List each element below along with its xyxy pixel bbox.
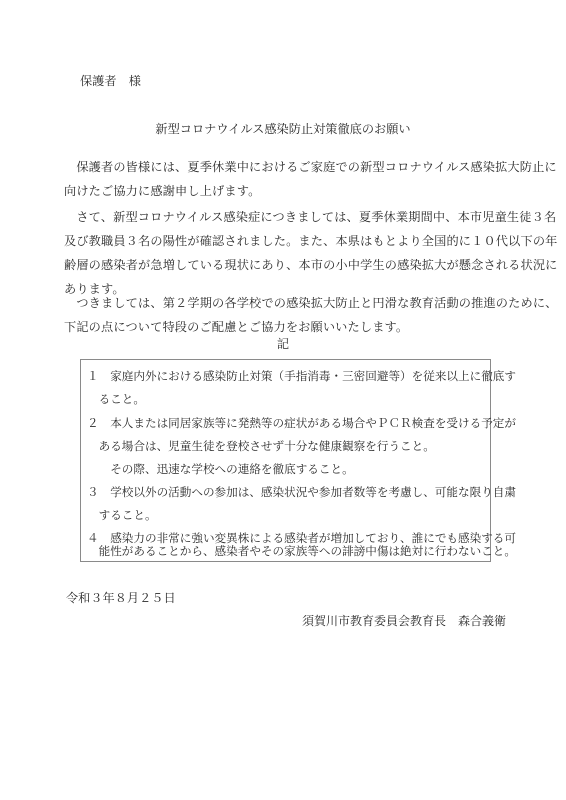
paragraph-2-line-1: さて、新型コロナウイルス感染症につきましては、夏季休業期間中、本市児童生徒３名 [64, 208, 556, 225]
requests-box: １ 家庭内外における感染防止対策（手指消毒・三密回避等）を従来以上に徹底す るこ… [80, 359, 491, 562]
paragraph-3-line-1: つきましては、第２学期の各学校での感染拡大防止と円滑な教育活動の推進のために、 [64, 294, 558, 311]
paragraph-2-line-2: 及び教職員３名の陽性が確認されました。また、本県はもとより全国的に１０代以下の年 [64, 232, 558, 249]
request-2-line-2: ある場合は、児童生徒を登校させず十分な健康観察を行うこと。 [87, 438, 435, 454]
paragraph-2-line-3: 齢層の感染者が急増している現状にあり、本市の小中学生の感染拡大が懸念される状況に [64, 256, 558, 273]
request-1-line-1: １ 家庭内外における感染防止対策（手指消毒・三密回避等）を従来以上に徹底す [87, 368, 516, 384]
signature: 須賀川市教育委員会教育長 森合義衛 [302, 612, 506, 629]
document-title: 新型コロナウイルス感染防止対策徹底のお願い [0, 120, 566, 137]
paragraph-1-line-1: 保護者の皆様には、夏季休業中におけるご家庭での新型コロナウイルス感染拡大防止に [64, 158, 557, 175]
request-2-line-1: ２ 本人または同居家族等に発熱等の症状がある場合やＰＣＲ検査を受ける予定が [87, 415, 516, 431]
paragraph-3-line-2: 下記の点について特段のご配慮とご協力をお願いいたします。 [64, 318, 408, 335]
paragraph-1-line-2: 向けたご協力に感謝申し上げます。 [64, 182, 260, 199]
issue-date: 令和３年８月２５日 [66, 589, 176, 606]
addressee: 保護者 様 [80, 72, 141, 89]
ki-label: 記 [0, 335, 566, 352]
request-4-line-2: 能性があることから、感染者やその家族等への誹謗中傷は絶対に行わないこと。 [87, 543, 516, 559]
request-3-line-1: ３ 学校以外の活動への参加は、感染状況や参加者数等を考慮し、可能な限り自粛 [87, 484, 516, 500]
request-3-line-2: すること。 [87, 507, 157, 523]
request-2-line-3: その際、迅速な学校への連絡を徹底すること。 [87, 461, 354, 477]
request-1-line-2: ること。 [87, 391, 145, 407]
